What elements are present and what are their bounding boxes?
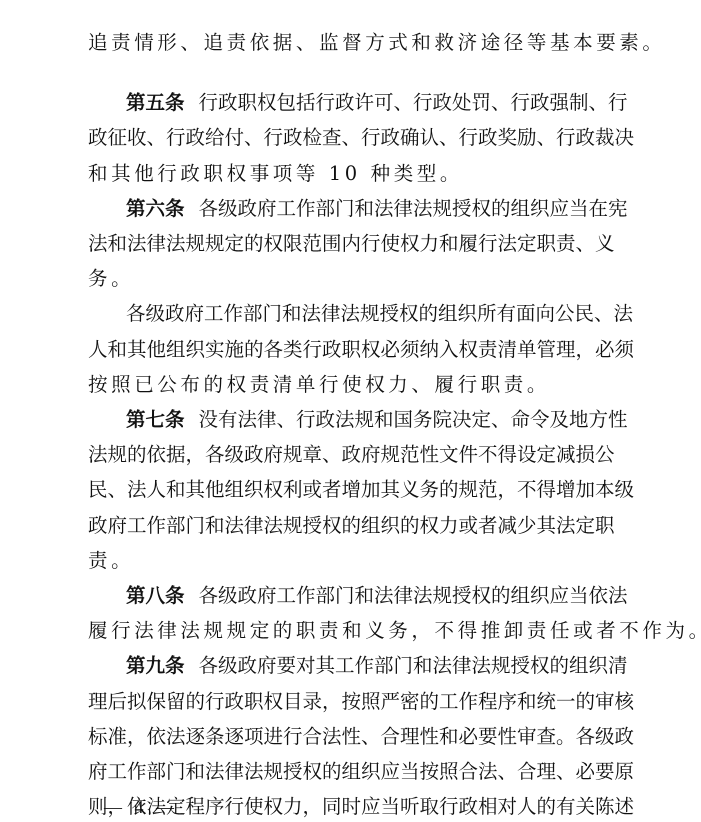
text-line: 履行法律法规规定的职责和义务，不得推卸责任或者不作为。 (88, 616, 604, 646)
article-number: 第八条 (126, 584, 185, 607)
article-number: 第五条 (126, 91, 185, 114)
text-line: 府工作部门和法律法规授权的组织应当按照合法、合理、必要原 (88, 757, 604, 787)
text-line: 法规的依据，各级政府规章、政府规范性文件不得设定减损公 (88, 440, 604, 470)
line-text: 各级政府工作部门和法律法规授权的组织应当依法 (199, 584, 628, 607)
text-line: 理后拟保留的行政职权目录，按照严密的工作程序和统一的审核 (88, 687, 604, 717)
text-line: 追责情形、追责依据、监督方式和救济途径等基本要素。 (88, 28, 604, 58)
text-line: 人和其他组织实施的各类行政职权必须纳入权责清单管理，必须 (88, 335, 604, 365)
line-text: 和其他行政职权事项等 10 种类型。 (88, 162, 463, 185)
line-text: 理后拟保留的行政职权目录，按照严密的工作程序和统一的审核 (88, 690, 634, 713)
line-text: 履行法律法规规定的职责和义务，不得推卸责任或者不作为。 (88, 619, 701, 642)
line-text: 法和法律法规规定的权限范围内行使权力和履行法定职责、义 (88, 232, 615, 255)
text-line: 标准，依法逐条逐项进行合法性、合理性和必要性审查。各级政 (88, 722, 604, 752)
line-text: 人和其他组织实施的各类行政职权必须纳入权责清单管理，必须 (88, 338, 634, 361)
line-text: 各级政府要对其工作部门和法律法规授权的组织清 (199, 654, 628, 677)
document-page: 追责情形、追责依据、监督方式和救济途径等基本要素。第五条行政职权包括行政许可、行… (0, 0, 701, 822)
text-line: 务。 (88, 264, 604, 294)
line-text: 行政职权包括行政许可、行政处罚、行政强制、行 (199, 91, 628, 114)
text-line: 各级政府工作部门和法律法规授权的组织所有面向公民、法 (126, 299, 604, 329)
text-line: 政府工作部门和法律法规授权的组织的权力或者减少其法定职 (88, 511, 604, 541)
text-line: 政征收、行政给付、行政检查、行政确认、行政奖励、行政裁决 (88, 123, 604, 153)
text-line: 民、法人和其他组织权利或者增加其义务的规范，不得增加本级 (88, 475, 604, 505)
line-text: 责。 (88, 549, 134, 572)
article-number: 第七条 (126, 408, 185, 431)
line-text: 追责情形、追责依据、监督方式和救济途径等基本要素。 (88, 31, 666, 54)
line-text: 各级政府工作部门和法律法规授权的组织应当在宪 (199, 197, 628, 220)
line-text: 标准，依法逐条逐项进行合法性、合理性和必要性审查。各级政 (88, 725, 634, 748)
text-line: 和其他行政职权事项等 10 种类型。 (88, 159, 604, 189)
line-text: 政府工作部门和法律法规授权的组织的权力或者减少其法定职 (88, 514, 615, 537)
text-line: 按照已公布的权责清单行使权力、履行职责。 (88, 370, 604, 400)
text-line: 法和法律法规规定的权限范围内行使权力和履行法定职责、义 (88, 229, 604, 259)
line-text: 务。 (88, 267, 134, 290)
article-heading-line: 第九条各级政府要对其工作部门和法律法规授权的组织清 (126, 651, 604, 681)
text-line: 责。 (88, 546, 604, 576)
line-text: 法规的依据，各级政府规章、政府规范性文件不得设定减损公 (88, 443, 615, 466)
article-heading-line: 第六条各级政府工作部门和法律法规授权的组织应当在宪 (126, 194, 604, 224)
article-heading-line: 第八条各级政府工作部门和法律法规授权的组织应当依法 (126, 581, 604, 611)
article-heading-line: 第五条行政职权包括行政许可、行政处罚、行政强制、行 (126, 88, 604, 118)
line-text: 没有法律、行政法规和国务院决定、命令及地方性 (199, 408, 628, 431)
line-text: 政征收、行政给付、行政检查、行政确认、行政奖励、行政裁决 (88, 126, 634, 149)
page-number: — 4 — (104, 794, 178, 820)
article-heading-line: 第七条没有法律、行政法规和国务院决定、命令及地方性 (126, 405, 604, 435)
article-number: 第九条 (126, 654, 185, 677)
line-text: 府工作部门和法律法规授权的组织应当按照合法、合理、必要原 (88, 760, 634, 783)
line-text: 各级政府工作部门和法律法规授权的组织所有面向公民、法 (126, 302, 633, 325)
line-text: 按照已公布的权责清单行使权力、履行职责。 (88, 373, 550, 396)
line-text: 民、法人和其他组织权利或者增加其义务的规范，不得增加本级 (88, 478, 634, 501)
article-number: 第六条 (126, 197, 185, 220)
